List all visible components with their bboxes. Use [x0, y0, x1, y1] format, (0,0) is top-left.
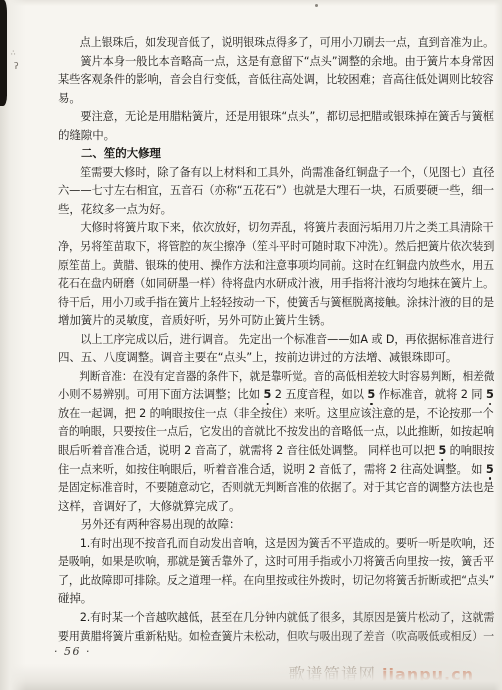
text-line: 住一点来听，如按住响眼后，听着音准合适，说明 2 音低了，需将 2 往高处调整。…: [58, 460, 487, 479]
text-line: 是吸响，如果是吹响，那就是簧舌靠外了，这时可用手指或小刀将簧舌向里按一按，簧舌平: [58, 552, 475, 571]
page-text: 点上银珠后，如发现音低了，说明银珠点得多了，可用小刀刷去一点，直到音准为止。 簧…: [58, 33, 494, 645]
text-line: 些，花纹多一点为好。: [58, 200, 494, 219]
text-line: 要用黄腊将簧片重新粘贴。如检查簧片未松动，但吹与吸出现了差音（吹高吸低或相反）一: [58, 627, 475, 646]
text-line: 笙需要大修时，除了备有以上材料和工具外，尚需准备红铜盘子一个，（见图七）直径: [58, 163, 480, 182]
music-note-low-octave: 5: [367, 385, 375, 404]
music-note-low-octave: 5: [263, 385, 271, 404]
scan-speck: ∴: [11, 50, 15, 57]
paragraphs-after-heading: 笙需要大修时，除了备有以上材料和工具外，尚需准备红铜盘子一个，（见图七）直径六—…: [58, 163, 494, 645]
text-line: 六——七寸左右相宜，五音石（亦称“五花石”）也就是大理石一块，石质要硬一些，细一: [58, 181, 485, 200]
text-line: 这样，音调好了，大修就算完成了。: [58, 497, 494, 516]
text-line: 2.有时某一个音越吹越低，甚至在几分钟内就低了很多，其原因是簧片松动了，这就需: [58, 608, 476, 627]
watermark: 歌谱简谱网jianpu.cn: [289, 661, 474, 685]
text-line: 要注意，无论是用腊粘簧片，还是用银珠“点头”，都切忌把腊或银珠掉在簧舌与簧框: [58, 107, 485, 126]
text-line: 净，另将笙苗取下，将管腔的灰尘擦净（笙斗平时可随时取下冲洗）。然后把簧片依次装到: [58, 237, 480, 256]
scan-speck: ʔ: [14, 64, 19, 71]
watermark-site-name: 歌谱简谱网: [289, 665, 377, 684]
text-line: 了，此故障即可排除。反之道理一样。在向里按或往外拨时，切记勿将簧舌折断或把“点头…: [58, 571, 475, 590]
music-note-low-octave: 5: [438, 441, 446, 460]
text-line: 某些客观条件的影响，音会自行变低，音低往高处调，比较困难；音高往低处调则比较容: [58, 70, 485, 89]
music-note-low-octave: 5: [486, 460, 494, 479]
text-line: 放在一起调，把 2 的响眼按住一点（非全按住）来听。这里应该注意的是，不论按那一…: [58, 404, 482, 423]
music-note-low-octave: 5: [486, 385, 494, 404]
text-line: 的缝隙中。: [58, 126, 494, 145]
text-line: 簧片本身一般比本音略高一点，这是有意留下“点头”调整的余地。由于簧片本身常因: [58, 52, 485, 71]
text-line: 四、五、八度调整。调音主要在“点头”上，按前边讲过的方法增、减银珠即可。: [58, 348, 494, 367]
text-line: 判断音准：在没有定音器的条件下，就是靠听觉。音的高低相差较大时容易判断，相差微: [58, 367, 465, 386]
scanned-book-page: 点上银珠后，如发现音低了，说明银珠点得多了，可用小刀刷去一点，直到音准为止。 簧…: [0, 0, 502, 690]
text-line: 小则不易辨别。可用下面方法调整；比如 5 2 五度音程，如以 5 作标准音，就将…: [58, 385, 487, 404]
page-number: · 56 ·: [54, 645, 91, 658]
text-line: 花石在盘内研磨（如同研墨一样）待将盘内水研成汁液，用手指将汁液均匀地抹在簧片上。: [58, 274, 475, 293]
text-line: 以上工序完成以后，进行调音。 先定出一个标准音——如A 或 D，再依据标准音进行: [58, 330, 481, 349]
scan-edge-artifact: [1, 0, 4, 9]
text-line: 待干后，用小刀或手指在簧片上轻轻按动一下，使簧舌与簧框脱离接触。涂抹汁液的目的是: [58, 293, 475, 312]
text-line: 是固定标准音时，不要随意动它，否则就无判断音准的依据了。对于其它音的调整方法也是: [58, 478, 475, 497]
text-line: 1.有时出现不按音孔而自动发出音响，这是因为簧舌不平造成的。要听一听是吹响，还: [58, 534, 476, 553]
scan-edge-artifact: [0, 0, 4, 80]
text-line: 另外还有两种容易出现的故障：: [58, 515, 494, 534]
text-line: 点上银珠后，如发现音低了，说明银珠点得多了，可用小刀刷去一点，直到音准为止。: [58, 33, 475, 52]
text-line: 大修时将簧片取下来，依次放好，切勿弄乱，将簧片表面污垢用刀片之类工具清除干: [58, 218, 485, 237]
text-line: 碰掉。: [58, 589, 494, 608]
text-line: 音的响眼，只要按住一点后，它发出的音就比不按发出的音略低一点，以此推断，如按起响: [58, 422, 475, 441]
text-line: 原笙苗上。黄腊、银珠的使用、操作方法和注意事项均同前。这时在红铜盘内放些水，用五: [58, 256, 475, 275]
paragraphs-before-heading: 点上银珠后，如发现音低了，说明银珠点得多了，可用小刀刷去一点，直到音准为止。 簧…: [58, 33, 494, 144]
text-line: 增加簧片的灵敏度，音质好听，另外可防止簧片生锈。: [58, 311, 494, 330]
text-line: 易。: [58, 89, 494, 108]
section-heading: 二、笙的大修理: [58, 144, 494, 163]
scan-speck: [315, 4, 318, 7]
watermark-domain: jianpu.cn: [382, 665, 474, 684]
text-line: 眼后听着音准合适，说明 2 音高了，就需将 2 音往低处调整。 同样也可以把 5…: [58, 441, 484, 460]
